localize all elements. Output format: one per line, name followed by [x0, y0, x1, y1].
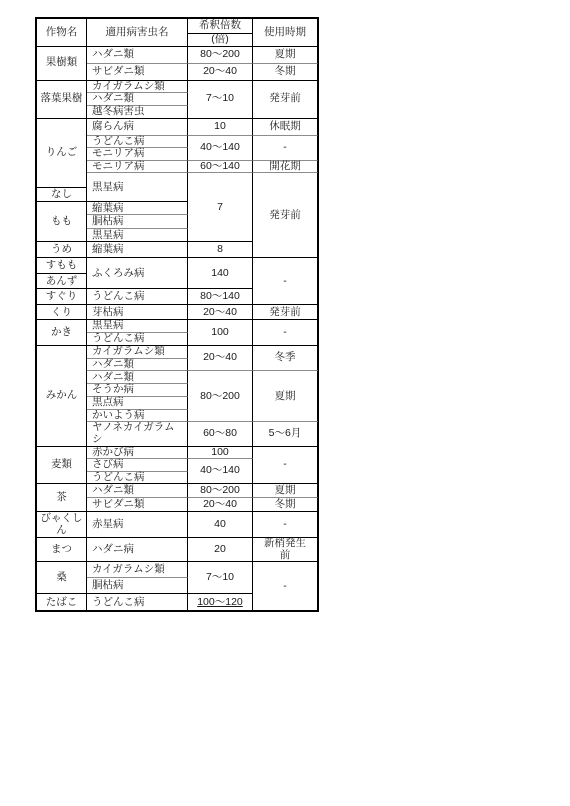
dilution-cell: 80〜200: [188, 47, 253, 64]
crop-cell: あんず: [37, 274, 87, 289]
header-pest-name: 適用病害虫名: [87, 19, 188, 47]
pest-cell: サビダニ類: [87, 64, 188, 81]
table-row: 茶ハダニ類80〜200夏期: [37, 484, 318, 498]
period-cell: -: [253, 320, 318, 346]
period-cell: 冬期: [253, 498, 318, 512]
crop-cell: びゃくしん: [37, 512, 87, 538]
period-cell: 5〜6月: [253, 422, 318, 446]
pest-cell: モニリア病: [87, 148, 188, 161]
dilution-cell: 40: [188, 512, 253, 538]
dilution-cell: 8: [188, 242, 253, 258]
pest-cell: カイガラムシ類: [87, 346, 188, 359]
header-crop-name: 作物名: [37, 19, 87, 47]
pest-cell: 縮葉病: [87, 202, 188, 215]
pest-cell: サビダニ類: [87, 498, 188, 512]
period-cell: 夏期: [253, 371, 318, 422]
crop-cell: もも: [37, 202, 87, 242]
pest-cell: 黒点病: [87, 397, 188, 410]
pest-cell: 芽枯病: [87, 305, 188, 320]
period-cell: 開花期: [253, 161, 318, 174]
pest-cell: 赤星病: [87, 512, 188, 538]
table-row: みかんカイガラムシ類20〜40冬季: [37, 346, 318, 359]
crop-cell: なし: [37, 188, 87, 202]
period-cell: 夏期: [253, 47, 318, 64]
header-row: 作物名 適用病害虫名 希釈倍数 使用時期: [37, 19, 318, 34]
header-usage-period: 使用時期: [253, 19, 318, 47]
crop-cell: うめ: [37, 242, 87, 258]
table-row: 桑カイガラムシ類7〜10-: [37, 562, 318, 578]
dilution-cell: 80〜200: [188, 484, 253, 498]
crop-cell: すもも: [37, 258, 87, 274]
pest-cell: カイガラムシ類: [87, 562, 188, 578]
crop-cell: 果樹類: [37, 47, 87, 81]
period-cell: 発芽前: [253, 81, 318, 119]
dilution-cell: 60〜140: [188, 161, 253, 174]
pest-cell: ハダニ類: [87, 93, 188, 106]
pest-cell: うどんこ病: [87, 472, 188, 485]
period-cell: -: [253, 136, 318, 161]
pest-cell: さび病: [87, 459, 188, 472]
dilution-cell: 60〜80: [188, 422, 253, 446]
pest-cell: ヤノネカイガラムシ: [87, 422, 188, 446]
pest-cell: うどんこ病: [87, 333, 188, 346]
table-row: まつハダニ病20新梢発生前: [37, 538, 318, 562]
crop-cell: 落葉果樹: [37, 81, 87, 119]
pest-cell: ハダニ類: [87, 484, 188, 498]
dilution-cell: 7〜10: [188, 562, 253, 594]
period-cell: 夏期: [253, 484, 318, 498]
pest-cell: モニリア病: [87, 161, 188, 174]
pest-cell: ハダニ病: [87, 538, 188, 562]
dilution-cell: 100: [188, 447, 253, 460]
dilution-cell: 80〜200: [188, 371, 253, 422]
dilution-cell: 20〜40: [188, 498, 253, 512]
crop-cell: すぐり: [37, 289, 87, 305]
period-cell: 発芽前: [253, 305, 318, 320]
crop-cell: りんご: [37, 119, 87, 189]
dilution-cell: 20〜40: [188, 346, 253, 372]
period-cell: 冬期: [253, 64, 318, 81]
dilution-cell: 40〜140: [188, 459, 253, 484]
table-row: くり芽枯病20〜40発芽前: [37, 305, 318, 320]
header-dilution-ratio: 希釈倍数: [188, 19, 253, 34]
period-cell: 発芽前: [253, 173, 318, 258]
crop-cell: 麦類: [37, 447, 87, 485]
table-row: 麦類赤かび病100-: [37, 447, 318, 460]
crop-cell: 桑: [37, 562, 87, 594]
crop-cell: まつ: [37, 538, 87, 562]
pest-cell: 越冬病害虫: [87, 106, 188, 119]
crop-cell: みかん: [37, 346, 87, 447]
crop-cell: かき: [37, 320, 87, 346]
table-row: すももふくろみ病140-: [37, 258, 318, 274]
dilution-cell: 140: [188, 258, 253, 289]
pest-cell: 黒星病: [87, 173, 188, 202]
period-cell: -: [253, 512, 318, 538]
header-dilution-unit: (倍): [188, 34, 253, 47]
pest-cell: うどんこ病: [87, 289, 188, 305]
pest-cell: 黒星病: [87, 320, 188, 333]
period-cell: -: [253, 258, 318, 305]
period-cell: 休眠期: [253, 119, 318, 136]
pest-cell: 縮葉病: [87, 242, 188, 258]
table-body: 果樹類ハダニ類80〜200夏期サビダニ類20〜40冬期落葉果樹カイガラムシ類7〜…: [37, 47, 318, 612]
dilution-cell: 100: [188, 320, 253, 346]
pest-cell: ハダニ類: [87, 359, 188, 372]
pest-cell: 黒星病: [87, 229, 188, 242]
period-cell: -: [253, 562, 318, 611]
period-cell: -: [253, 447, 318, 485]
table-row: 果樹類ハダニ類80〜200夏期: [37, 47, 318, 64]
dilution-cell: 10: [188, 119, 253, 136]
pest-cell: ハダニ類: [87, 47, 188, 64]
pest-cell: ふくろみ病: [87, 258, 188, 289]
dilution-cell: 100〜120: [188, 594, 253, 611]
crop-cell: くり: [37, 305, 87, 320]
document-page: 作物名 適用病害虫名 希釈倍数 使用時期 (倍) 果樹類ハダニ類80〜200夏期…: [0, 0, 570, 806]
table-row: 落葉果樹カイガラムシ類7〜10発芽前: [37, 81, 318, 94]
crop-cell: たばこ: [37, 594, 87, 611]
pest-cell: 胴枯病: [87, 578, 188, 594]
table-row: りんご腐らん病10休眠期: [37, 119, 318, 136]
table-header: 作物名 適用病害虫名 希釈倍数 使用時期 (倍): [37, 19, 318, 47]
dilution-cell: 40〜140: [188, 136, 253, 161]
table-row: かき黒星病100-: [37, 320, 318, 333]
dilution-cell: 80〜140: [188, 289, 253, 305]
pest-cell: うどんこ病: [87, 594, 188, 611]
table-row: びゃくしん赤星病40-: [37, 512, 318, 538]
dilution-cell: 7〜10: [188, 81, 253, 119]
crop-cell: 茶: [37, 484, 87, 512]
period-cell: 冬季: [253, 346, 318, 372]
pesticide-dilution-table: 作物名 適用病害虫名 希釈倍数 使用時期 (倍) 果樹類ハダニ類80〜200夏期…: [36, 18, 318, 611]
dilution-cell: 20〜40: [188, 305, 253, 320]
pest-cell: 胴枯病: [87, 215, 188, 229]
pest-cell: 腐らん病: [87, 119, 188, 136]
dilution-cell: 7: [188, 173, 253, 242]
dilution-cell: 20: [188, 538, 253, 562]
period-cell: 新梢発生前: [253, 538, 318, 562]
dilution-cell: 20〜40: [188, 64, 253, 81]
